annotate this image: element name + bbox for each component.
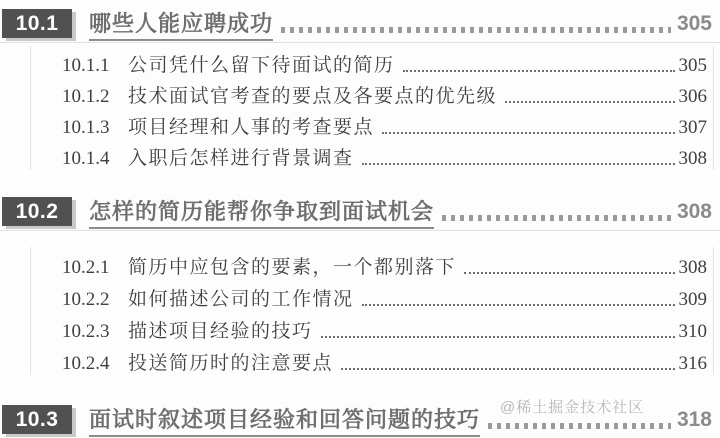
dot-leader — [403, 70, 675, 72]
toc-item: 10.2.1 简历中应包含的要素，一个都别落下 308 — [62, 247, 707, 279]
section-items-10-1: 10.1.1 公司凭什么留下待面试的简历 305 10.1.2 技术面试官考查的… — [30, 46, 714, 170]
item-page-number: 316 — [679, 352, 708, 375]
item-number: 10.1.2 — [62, 85, 128, 108]
toc-item: 10.2.4 投送简历时的注意要点 316 — [62, 343, 707, 375]
dot-leader — [321, 336, 675, 338]
item-title: 如何描述公司的工作情况 — [128, 288, 354, 311]
dot-leader — [362, 163, 675, 165]
item-number: 10.1.4 — [62, 147, 128, 170]
toc-item: 10.2.2 如何描述公司的工作情况 309 — [62, 279, 707, 311]
item-number: 10.1.1 — [62, 54, 128, 77]
dot-leader — [362, 304, 675, 306]
section-header-10-1: 10.1 哪些人能应聘成功 305 — [0, 5, 720, 43]
item-number: 10.2.4 — [62, 352, 128, 375]
item-page-number: 308 — [679, 147, 708, 170]
section-number-badge: 10.3 — [2, 405, 72, 434]
item-page-number: 307 — [679, 116, 708, 139]
item-title: 技术面试官考查的要点及各要点的优先级 — [128, 85, 497, 108]
dot-leader — [382, 132, 674, 134]
dot-leader — [505, 101, 674, 103]
item-number: 10.2.1 — [62, 256, 128, 279]
toc-item: 10.1.4 入职后怎样进行背景调查 308 — [62, 139, 707, 170]
item-title: 公司凭什么留下待面试的简历 — [128, 54, 395, 77]
item-page-number: 306 — [679, 85, 708, 108]
section-number-badge: 10.1 — [2, 9, 72, 38]
toc-item: 10.1.2 技术面试官考查的要点及各要点的优先级 306 — [62, 77, 707, 108]
dot-leader — [341, 368, 674, 370]
item-title: 投送简历时的注意要点 — [128, 352, 333, 375]
item-page-number: 305 — [679, 54, 708, 77]
section-header-10-2: 10.2 怎样的简历能帮你争取到面试机会 308 — [0, 193, 720, 231]
section-items-10-2: 10.2.1 简历中应包含的要素，一个都别落下 308 10.2.2 如何描述公… — [30, 247, 714, 375]
section-number-badge: 10.2 — [2, 197, 72, 226]
item-page-number: 310 — [679, 320, 708, 343]
toc-item: 10.1.1 公司凭什么留下待面试的简历 305 — [62, 46, 707, 77]
toc-page: 10.1 哪些人能应聘成功 305 10.1.1 公司凭什么留下待面试的简历 3… — [0, 0, 720, 438]
dot-leader — [281, 27, 671, 33]
section-page-number: 305 — [677, 12, 712, 36]
section-page-number: 318 — [677, 408, 712, 432]
item-number: 10.2.2 — [62, 288, 128, 311]
item-title: 简历中应包含的要素，一个都别落下 — [128, 256, 456, 279]
section-title: 面试时叙述项目经验和回答问题的技巧 — [89, 403, 480, 437]
item-page-number: 309 — [679, 288, 708, 311]
dot-leader — [464, 272, 674, 274]
section-title: 怎样的简历能帮你争取到面试机会 — [89, 195, 434, 229]
toc-item: 10.1.3 项目经理和人事的考查要点 307 — [62, 108, 707, 139]
item-title: 描述项目经验的技巧 — [128, 320, 313, 343]
section-title: 哪些人能应聘成功 — [89, 7, 273, 41]
item-number: 10.1.3 — [62, 116, 128, 139]
item-page-number: 308 — [679, 256, 708, 279]
dot-leader — [442, 215, 671, 221]
toc-item: 10.2.3 描述项目经验的技巧 310 — [62, 311, 707, 343]
item-title: 入职后怎样进行背景调查 — [128, 147, 354, 170]
item-title: 项目经理和人事的考查要点 — [128, 116, 374, 139]
item-number: 10.2.3 — [62, 320, 128, 343]
dot-leader — [488, 423, 671, 429]
watermark: @稀土掘金技术社区 — [500, 396, 644, 417]
section-page-number: 308 — [677, 200, 712, 224]
